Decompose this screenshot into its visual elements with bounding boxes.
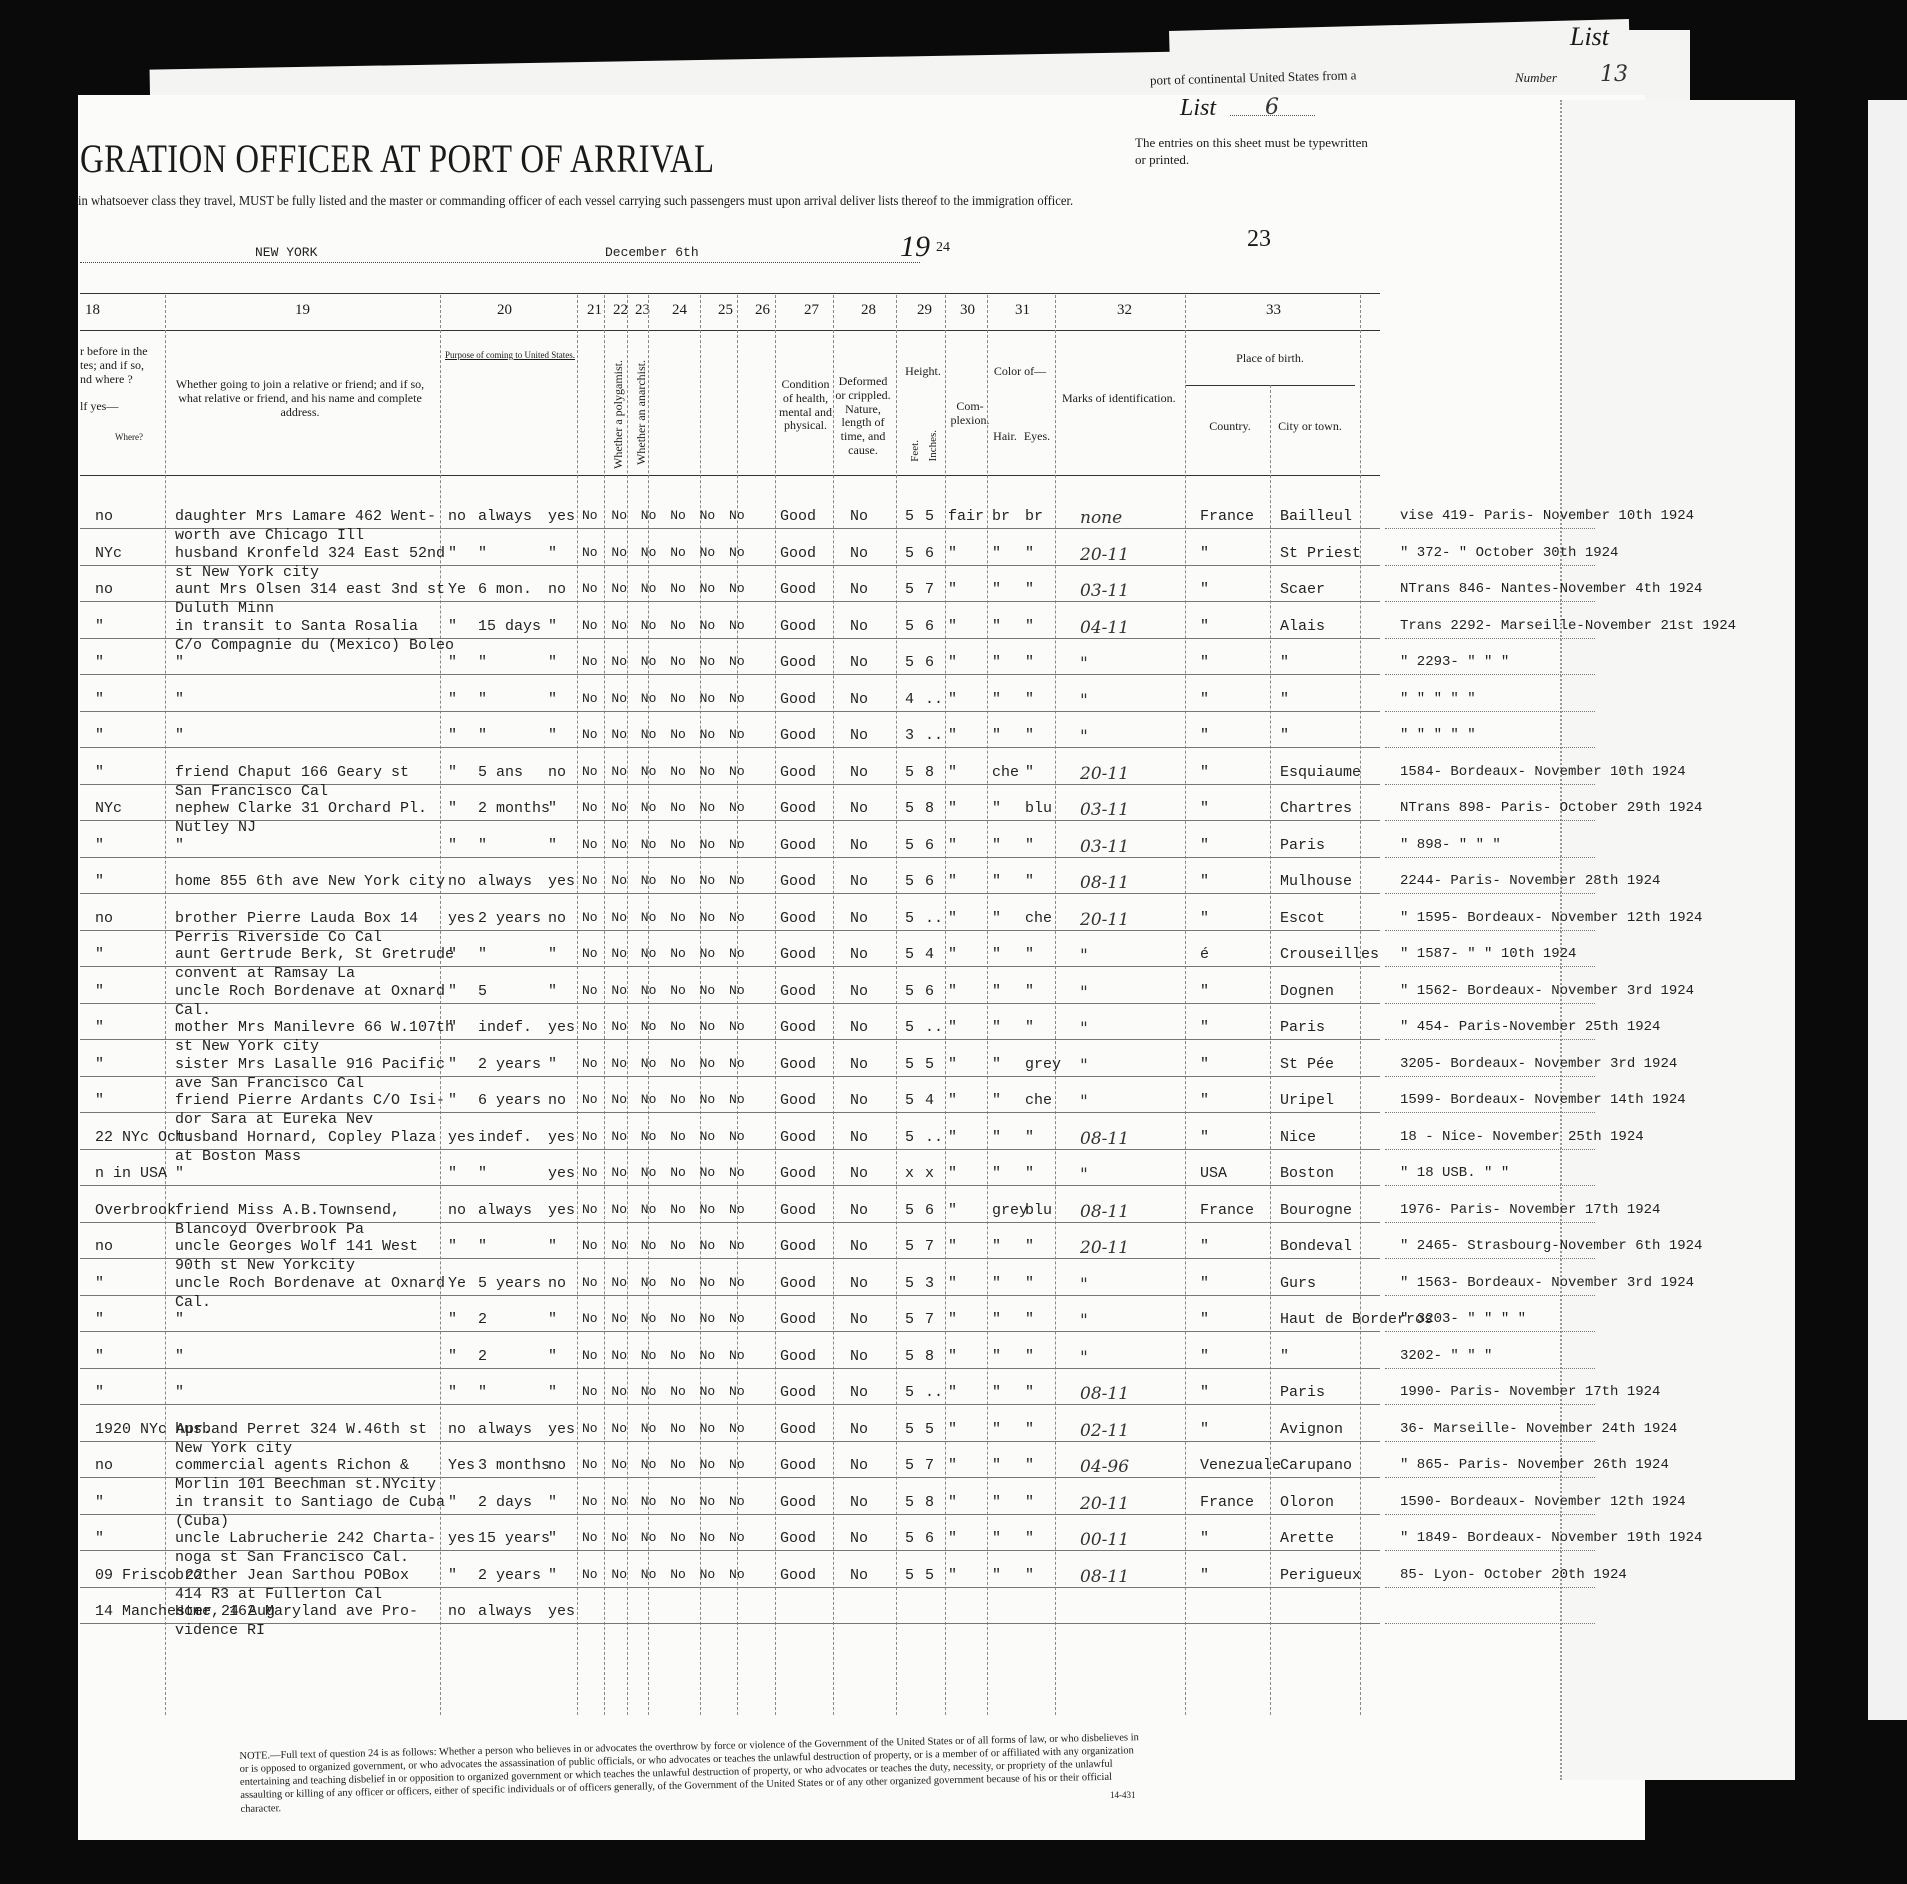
cell-visa: 1599- Bordeaux- November 14th 1924: [1400, 1092, 1686, 1108]
col18-where: Where?: [80, 432, 160, 442]
cell-deformed: No: [850, 1530, 868, 1547]
cell-p1: ": [448, 837, 457, 854]
col19-header: Whether going to join a relative or frie…: [170, 378, 430, 419]
cell-relative-line2: Cal.: [175, 1002, 211, 1019]
cell-visa: vise 419- Paris- November 10th 1924: [1400, 508, 1694, 524]
list-value: 6: [1265, 95, 1279, 120]
cell-in: 7: [925, 1457, 934, 1474]
cell-ft: 5: [905, 837, 914, 854]
cell-p2: ": [478, 545, 487, 562]
visa-row-rule: [1385, 1477, 1595, 1478]
cell-country: France: [1200, 508, 1254, 525]
cell-health: Good: [780, 1348, 816, 1365]
cell-p1: ": [448, 1165, 457, 1182]
cell-visa: 36- Marseille- November 24th 1924: [1400, 1421, 1677, 1437]
cell-p3: yes: [548, 873, 575, 890]
cell-ft: 5: [905, 946, 914, 963]
cell-complexion: ": [948, 1092, 957, 1109]
cell-complexion: ": [948, 1238, 957, 1255]
cell-marks: 08-11: [1080, 1384, 1129, 1404]
cell-health: Good: [780, 1238, 816, 1255]
cell-country: ": [1200, 1056, 1209, 1073]
cell-p3: ": [548, 800, 557, 817]
cell-prev: NYc: [95, 545, 122, 562]
cell-visa: " 372- " October 30th 1924: [1400, 545, 1618, 561]
cell-complexion: ": [948, 983, 957, 1000]
row-rule: [80, 1331, 1380, 1332]
back-list-label: List: [1570, 22, 1609, 52]
cell-q: No No No No No No: [582, 1092, 745, 1107]
cell-deformed: No: [850, 691, 868, 708]
cell-deformed: No: [850, 800, 868, 817]
cell-prev: NYc: [95, 800, 122, 817]
cell-health: Good: [780, 1019, 816, 1036]
col18-line-d: lf yes—: [80, 400, 160, 414]
col-num-30: 30: [960, 302, 975, 319]
col-num-19: 19: [295, 302, 310, 319]
cell-eyes: ": [1025, 1275, 1034, 1292]
cell-prev: no: [95, 508, 113, 525]
cell-deformed: No: [850, 508, 868, 525]
cell-ft: 5: [905, 800, 914, 817]
cell-health: Good: [780, 508, 816, 525]
port-name: NEW YORK: [255, 245, 317, 260]
cell-p1: ": [448, 800, 457, 817]
col-divider: [987, 295, 988, 1715]
cell-marks: 02-11: [1080, 1421, 1129, 1441]
cell-relative: ": [175, 1348, 184, 1365]
cell-city: Paris: [1280, 1384, 1325, 1401]
cell-city: Alais: [1280, 618, 1325, 635]
cell-complexion: ": [948, 946, 957, 963]
cell-hair: ": [992, 727, 1001, 744]
cell-deformed: No: [850, 764, 868, 781]
cell-p3: no: [548, 1457, 566, 1474]
cell-p2: 5: [478, 983, 487, 1000]
cell-ft: 5: [905, 1056, 914, 1073]
visa-row-rule: [1385, 1222, 1595, 1223]
col-divider: [896, 295, 897, 1715]
cell-q: No No No No No No: [582, 1019, 745, 1034]
col-num-22: 22: [613, 302, 628, 319]
cell-p2: 3 months: [478, 1457, 550, 1474]
cell-q: No No No No No No: [582, 837, 745, 852]
cell-p1: ": [448, 1384, 457, 1401]
cell-marks: none: [1080, 508, 1122, 528]
cell-complexion: ": [948, 1202, 957, 1219]
cell-relative-line2: Perris Riverside Co Cal: [175, 929, 382, 946]
cell-city: Paris: [1280, 837, 1325, 854]
cell-ft: 5: [905, 1019, 914, 1036]
cell-relative: ": [175, 1384, 184, 1401]
cell-p1: no: [448, 1421, 466, 1438]
cell-in: 7: [925, 1311, 934, 1328]
cell-eyes: ": [1025, 764, 1034, 781]
cell-p1: ": [448, 1311, 457, 1328]
cell-health: Good: [780, 1457, 816, 1474]
cell-in: 8: [925, 764, 934, 781]
visa-row-rule: [1385, 893, 1595, 894]
cell-city: ": [1280, 654, 1289, 671]
cell-prev: ": [95, 1311, 104, 1328]
cell-relative: aunt Gertrude Berk, St Gretrude: [175, 946, 454, 963]
cell-deformed: No: [850, 1421, 868, 1438]
cell-q: No No No No No No: [582, 1129, 745, 1144]
cell-prev: ": [95, 1275, 104, 1292]
cell-deformed: No: [850, 727, 868, 744]
cell-p3: ": [548, 1384, 557, 1401]
cell-marks: 08-11: [1080, 873, 1129, 893]
row-rule: [80, 1623, 1380, 1624]
cell-ft: 5: [905, 1311, 914, 1328]
cell-q: No No No No No No: [582, 1494, 745, 1509]
cell-hair: ": [992, 545, 1001, 562]
cell-health: Good: [780, 1494, 816, 1511]
cell-city: Carupano: [1280, 1457, 1352, 1474]
cell-country: ": [1200, 581, 1209, 598]
cell-health: Good: [780, 1129, 816, 1146]
cell-in: 6: [925, 1530, 934, 1547]
cell-marks: 20-11: [1080, 910, 1129, 930]
cell-relative-line2: (Cuba): [175, 1513, 229, 1530]
row-rule: [80, 893, 1380, 894]
cell-q: No No No No No No: [582, 1056, 745, 1071]
cell-prev: ": [95, 727, 104, 744]
cell-p1: ": [448, 1494, 457, 1511]
hair-header: Hair.: [990, 430, 1020, 444]
cell-relative: friend Chaput 166 Geary st: [175, 764, 409, 781]
row-rule: [80, 1368, 1380, 1369]
cell-hair: ": [992, 1457, 1001, 1474]
col20-header: Purpose of coming to United States.: [445, 350, 575, 360]
cell-relative-line2: New York city: [175, 1440, 292, 1457]
cell-p1: ": [448, 1019, 457, 1036]
cell-city: Bailleul: [1280, 508, 1352, 525]
col-num-20: 20: [497, 302, 512, 319]
city-header: City or town.: [1270, 420, 1350, 434]
cell-relative: ": [175, 654, 184, 671]
cell-deformed: No: [850, 837, 868, 854]
cell-complexion: ": [948, 581, 957, 598]
cell-country: ": [1200, 1530, 1209, 1547]
cell-in: 5: [925, 1567, 934, 1584]
cell-country: France: [1200, 1494, 1254, 1511]
visa-row-rule: [1385, 711, 1595, 712]
cell-p2: 15 days: [478, 618, 541, 635]
cell-complexion: ": [948, 1129, 957, 1146]
cell-in: ..: [925, 1384, 943, 1401]
cell-country: ": [1200, 1275, 1209, 1292]
col-num-24: 24: [672, 302, 687, 319]
cell-eyes: ": [1025, 581, 1034, 598]
cell-p2: 5 years: [478, 1275, 541, 1292]
cell-q: No No No No No No: [582, 1238, 745, 1253]
cell-in: 7: [925, 581, 934, 598]
cell-prev: ": [95, 837, 104, 854]
cell-in: 3: [925, 1275, 934, 1292]
cell-city: St Priest: [1280, 545, 1361, 562]
cell-visa: " 1587- " " 10th 1924: [1400, 946, 1576, 962]
cell-city: Paris: [1280, 1019, 1325, 1036]
torn-edge-right: [1795, 100, 1868, 1884]
cell-relative: in transit to Santiago de Cuba: [175, 1494, 445, 1511]
cell-marks: 03-11: [1080, 581, 1129, 601]
cell-q: No No No No No No: [582, 1275, 745, 1290]
col-num-33: 33: [1266, 302, 1281, 319]
cell-city: Esquiaume: [1280, 764, 1361, 781]
cell-country: USA: [1200, 1165, 1227, 1182]
cell-p2: 6 mon.: [478, 581, 532, 598]
cell-marks: 20-11: [1080, 545, 1129, 565]
cell-eyes: ": [1025, 837, 1034, 854]
cell-marks: ": [1080, 1311, 1088, 1331]
cell-hair: ": [992, 1348, 1001, 1365]
cell-visa: " 454- Paris-November 25th 1924: [1400, 1019, 1660, 1035]
cell-q: No No No No No No: [582, 1457, 745, 1472]
cell-q: No No No No No No: [582, 1421, 745, 1436]
cell-p2: ": [478, 727, 487, 744]
cell-visa: 1976- Paris- November 17th 1924: [1400, 1202, 1660, 1218]
cell-p2: ": [478, 654, 487, 671]
cell-deformed: No: [850, 545, 868, 562]
cell-relative-line2: Cal.: [175, 1294, 211, 1311]
cell-p3: ": [548, 1238, 557, 1255]
col-num-25: 25: [718, 302, 733, 319]
cell-in: 6: [925, 983, 934, 1000]
cell-relative: ": [175, 1165, 184, 1182]
visa-row-rule: [1385, 1331, 1595, 1332]
cell-hair: ": [992, 1311, 1001, 1328]
cell-ft: 5: [905, 508, 914, 525]
cell-country: ": [1200, 691, 1209, 708]
cell-deformed: No: [850, 946, 868, 963]
cell-complexion: ": [948, 1457, 957, 1474]
cell-country: ": [1200, 545, 1209, 562]
country-header: Country.: [1195, 420, 1265, 434]
cell-hair: ": [992, 800, 1001, 817]
cell-hair: ": [992, 1421, 1001, 1438]
cell-q: No No No No No No: [582, 545, 745, 560]
cell-complexion: ": [948, 618, 957, 635]
cell-prev: ": [95, 654, 104, 671]
cell-q: No No No No No No: [582, 1311, 745, 1326]
cell-country: ": [1200, 1129, 1209, 1146]
cell-p1: ": [448, 1348, 457, 1365]
cell-complexion: ": [948, 1530, 957, 1547]
cell-relative: in transit to Santa Rosalia: [175, 618, 418, 635]
cell-p1: no: [448, 1202, 466, 1219]
form-number: 14-431: [1110, 1790, 1136, 1800]
cell-p1: no: [448, 873, 466, 890]
cell-prev: no: [95, 1457, 113, 1474]
cell-p1: ": [448, 1056, 457, 1073]
col32-header: Marks of identification.: [1062, 392, 1172, 406]
col30-header: Com-plexion.: [950, 400, 990, 428]
cell-p2: 2 days: [478, 1494, 532, 1511]
cell-relative-line2: ave San Francisco Cal: [175, 1075, 364, 1092]
cell-visa: 85- Lyon- October 20th 1924: [1400, 1567, 1627, 1583]
cell-city: Arette: [1280, 1530, 1334, 1547]
cell-ft: 5: [905, 618, 914, 635]
cell-in: 6: [925, 873, 934, 890]
cell-ft: 5: [905, 1384, 914, 1401]
cell-p3: no: [548, 910, 566, 927]
cell-deformed: No: [850, 1165, 868, 1182]
cell-visa: 3205- Bordeaux- November 3rd 1924: [1400, 1056, 1677, 1072]
cell-p1: ": [448, 727, 457, 744]
cell-health: Good: [780, 1384, 816, 1401]
cell-relative: uncle Labrucherie 242 Charta-: [175, 1530, 436, 1547]
cell-hair: ": [992, 1056, 1001, 1073]
cell-p2: ": [478, 691, 487, 708]
cell-q: No No No No No No: [582, 654, 745, 669]
cell-relative-line2: Blancoyd Overbrook Pa: [175, 1221, 364, 1238]
cell-ft: 5: [905, 1494, 914, 1511]
cell-relative: husband Hornard, Copley Plaza: [175, 1129, 436, 1146]
cell-in: ..: [925, 1019, 943, 1036]
torn-edge-bottom: [75, 1840, 1645, 1884]
cell-country: ": [1200, 654, 1209, 671]
cell-q: No No No No No No: [582, 727, 745, 742]
cell-p2: ": [478, 1238, 487, 1255]
visa-row-rule: [1385, 674, 1595, 675]
cell-relative: mother Mrs Manilevre 66 W.107th: [175, 1019, 454, 1036]
cell-visa: " 1563- Bordeaux- November 3rd 1924: [1400, 1275, 1694, 1291]
visa-row-rule: [1385, 1149, 1595, 1150]
visa-row-rule: [1385, 1623, 1595, 1624]
cell-relative: brother Jean Sarthou POBox: [175, 1567, 409, 1584]
cell-deformed: No: [850, 1129, 868, 1146]
cell-complexion: ": [948, 1311, 957, 1328]
cell-eyes: ": [1025, 1384, 1034, 1401]
cell-ft: 5: [905, 1202, 914, 1219]
cell-marks: 20-11: [1080, 764, 1129, 784]
cell-health: Good: [780, 837, 816, 854]
cell-deformed: No: [850, 1092, 868, 1109]
cell-prev: ": [95, 1348, 104, 1365]
cell-deformed: No: [850, 1056, 868, 1073]
cell-p1: ": [448, 618, 457, 635]
cell-p1: yes: [448, 910, 475, 927]
cell-city: ": [1280, 727, 1289, 744]
cell-health: Good: [780, 946, 816, 963]
cell-ft: 5: [905, 1530, 914, 1547]
visa-row-rule: [1385, 1003, 1595, 1004]
visa-row-rule: [1385, 1587, 1595, 1588]
right-edge-sheet: [1868, 100, 1907, 1720]
cell-relative: uncle Georges Wolf 141 West: [175, 1238, 418, 1255]
cell-in: 6: [925, 545, 934, 562]
cell-p3: yes: [548, 1202, 575, 1219]
cell-city: Mulhouse: [1280, 873, 1352, 890]
col18-line-b: tes; and if so,: [80, 359, 160, 373]
cell-deformed: No: [850, 1275, 868, 1292]
cell-visa: Trans 2292- Marseille-November 21st 1924: [1400, 618, 1736, 634]
cell-eyes: che: [1025, 910, 1052, 927]
cell-p3: ": [548, 691, 557, 708]
cell-complexion: ": [948, 1567, 957, 1584]
cell-health: Good: [780, 581, 816, 598]
cell-eyes: ": [1025, 1457, 1034, 1474]
torn-edge-left: [0, 95, 78, 1884]
cell-eyes: ": [1025, 1311, 1034, 1328]
cell-marks: ": [1080, 654, 1088, 674]
col-num-26: 26: [755, 302, 770, 319]
cell-q: No No No No No No: [582, 1165, 745, 1180]
cell-prev: ": [95, 1530, 104, 1547]
cell-relative-line2: Duluth Minn: [175, 600, 274, 617]
cell-marks: ": [1080, 1019, 1088, 1039]
row-rule: [80, 711, 1380, 712]
cell-relative: ": [175, 691, 184, 708]
row-rule: [80, 747, 1380, 748]
cell-health: Good: [780, 983, 816, 1000]
cell-marks: ": [1080, 983, 1088, 1003]
cell-prev: ": [95, 983, 104, 1000]
cell-hair: ": [992, 1019, 1001, 1036]
col-num-27: 27: [804, 302, 819, 319]
number-value: 13: [1600, 62, 1628, 87]
cell-city: Chartres: [1280, 800, 1352, 817]
cell-p1: yes: [448, 1530, 475, 1547]
cell-health: Good: [780, 1056, 816, 1073]
cell-p2: 2: [478, 1311, 487, 1328]
cell-relative: friend Pierre Ardants C/O Isi-: [175, 1092, 445, 1109]
row-rule: [80, 1404, 1380, 1405]
cell-p3: ": [548, 727, 557, 744]
cell-hair: ": [992, 1275, 1001, 1292]
cell-p3: ": [548, 1494, 557, 1511]
cell-city: Escot: [1280, 910, 1325, 927]
cell-prev: no: [95, 910, 113, 927]
cell-p3: yes: [548, 1165, 575, 1182]
cell-deformed: No: [850, 1567, 868, 1584]
cell-city: Avignon: [1280, 1421, 1343, 1438]
cell-visa: " " " " ": [1400, 691, 1476, 707]
col-num-31: 31: [1015, 302, 1030, 319]
cell-q: No No No No No No: [582, 983, 745, 998]
cell-deformed: No: [850, 1348, 868, 1365]
cell-relative-line2: 414 R3 at Fullerton Cal: [175, 1586, 382, 1603]
cell-eyes: blu: [1025, 1202, 1052, 1219]
cell-p2: 2 years: [478, 910, 541, 927]
attached-visa-sheet: [1560, 100, 1797, 1780]
cell-city: Scaer: [1280, 581, 1325, 598]
visa-row-rule: [1385, 857, 1595, 858]
cell-complexion: ": [948, 1348, 957, 1365]
cell-p1: Ye: [448, 1275, 466, 1292]
cell-hair: ": [992, 837, 1001, 854]
cell-relative: brother Pierre Lauda Box 14: [175, 910, 418, 927]
cell-p1: ": [448, 764, 457, 781]
cell-p3: ": [548, 837, 557, 854]
inches-header: Inches.: [928, 430, 940, 461]
cell-p3: ": [548, 618, 557, 635]
col-num-28: 28: [861, 302, 876, 319]
cell-deformed: No: [850, 1238, 868, 1255]
cell-city: Boston: [1280, 1165, 1334, 1182]
cell-p2: always: [478, 1202, 532, 1219]
cell-eyes: ": [1025, 1129, 1034, 1146]
cell-p3: yes: [548, 1129, 575, 1146]
row-rule: [80, 1514, 1380, 1515]
cell-p1: no: [448, 508, 466, 525]
cell-prev: ": [95, 1019, 104, 1036]
col-divider: [945, 295, 946, 1715]
row-rule: [80, 1295, 1380, 1296]
col-divider: [833, 295, 834, 1715]
cell-hair: ": [992, 1567, 1001, 1584]
